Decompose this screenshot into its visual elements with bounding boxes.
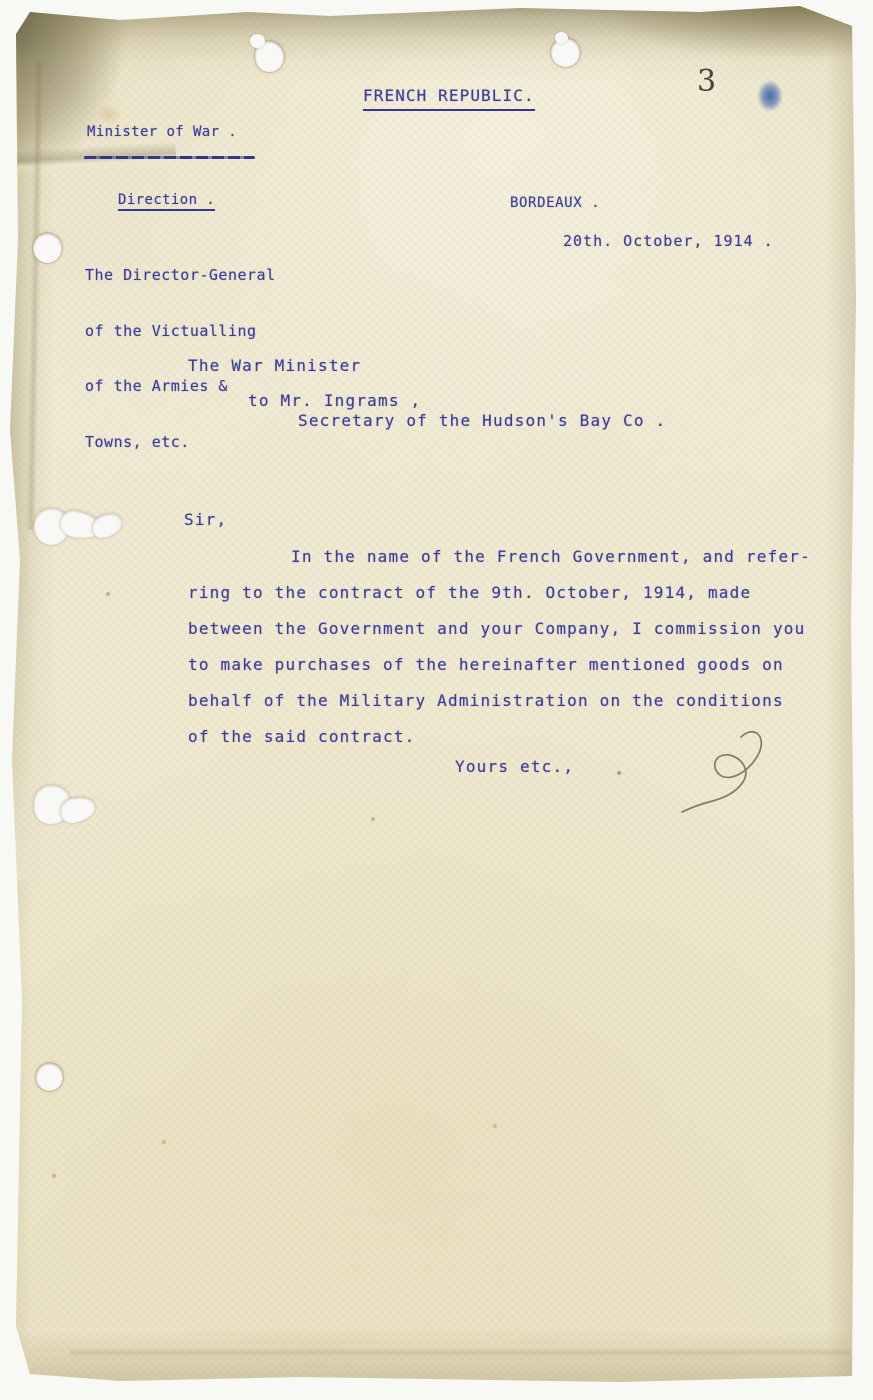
scanned-letter-page: FRENCH REPUBLIC. 3 Minister of War . Dir… bbox=[0, 0, 873, 1400]
tear-fragment bbox=[34, 508, 69, 545]
tear-notch bbox=[555, 32, 568, 44]
salutation: Sir, bbox=[184, 510, 227, 529]
ministry-line: Minister of War . bbox=[87, 124, 237, 140]
punch-hole bbox=[33, 233, 62, 263]
department-line: of the Victualling bbox=[85, 322, 276, 341]
tear-fragment bbox=[34, 785, 71, 824]
blue-crayon-smudge bbox=[757, 80, 783, 112]
body-line: to make purchases of the hereinafter men… bbox=[188, 655, 784, 674]
body-line: In the name of the French Government, an… bbox=[291, 547, 811, 566]
punch-hole bbox=[255, 41, 284, 72]
letter-heading: FRENCH REPUBLIC. bbox=[363, 86, 535, 111]
dust-specks bbox=[0, 0, 2, 2]
page-number: 3 bbox=[697, 64, 716, 99]
tear-notch bbox=[250, 34, 265, 48]
fold-crease bbox=[5, 142, 176, 179]
tear-fragment bbox=[59, 509, 104, 540]
stain-spot bbox=[96, 104, 122, 126]
aged-right-edge bbox=[826, 0, 860, 1400]
paper-sheet: FRENCH REPUBLIC. 3 Minister of War . Dir… bbox=[0, 0, 873, 1400]
direction-label: Direction . bbox=[118, 192, 215, 211]
punch-hole bbox=[551, 38, 580, 67]
tear-fragment bbox=[90, 512, 123, 539]
fold-crease bbox=[26, 60, 44, 530]
torn-punch-hole bbox=[30, 500, 130, 552]
recipient-line: Secretary of the Hudson's Bay Co . bbox=[298, 411, 666, 430]
fold-crease bbox=[70, 1348, 850, 1357]
aged-top-edge bbox=[0, 0, 873, 82]
body-line: behalf of the Military Administration on… bbox=[188, 691, 784, 710]
body-line: between the Government and your Company,… bbox=[188, 619, 805, 638]
recipient-line: to Mr. Ingrams , bbox=[248, 391, 421, 410]
aged-bottom-edge bbox=[0, 1330, 873, 1384]
place-line: BORDEAUX . bbox=[510, 195, 600, 211]
aged-left-edge-lower bbox=[0, 880, 32, 1380]
closing-line: Yours etc., bbox=[455, 757, 574, 776]
torn-punch-hole bbox=[28, 775, 103, 831]
body-line: ring to the contract of the 9th. October… bbox=[188, 583, 751, 602]
recipient-line: The War Minister bbox=[188, 356, 361, 375]
tear-fragment bbox=[58, 794, 97, 826]
pencil-mark-8 bbox=[655, 715, 770, 825]
aged-left-edge bbox=[0, 55, 54, 935]
department-line: Towns, etc. bbox=[85, 433, 276, 452]
punch-hole bbox=[36, 1063, 63, 1091]
department-line: The Director-General bbox=[85, 266, 276, 285]
ministry-underline bbox=[84, 156, 255, 159]
body-line: of the said contract. bbox=[188, 727, 416, 746]
date-line: 20th. October, 1914 . bbox=[563, 232, 774, 250]
